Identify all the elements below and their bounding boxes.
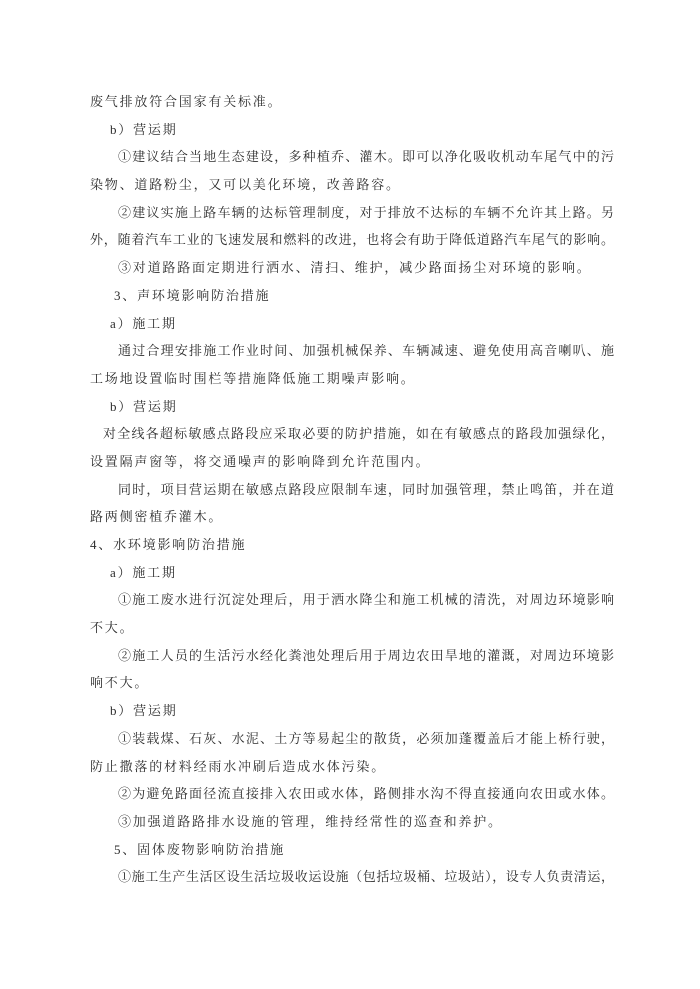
text-line-17: 4、水环境影响防治措施 — [90, 531, 614, 559]
text-line-27: ③加强道路路排水设施的管理，维持经常性的巡查和养护。 — [118, 808, 614, 836]
text-line-12: b）营运期 — [110, 393, 614, 421]
text-line-2: b）营运期 — [110, 116, 614, 144]
text-line-13: 对全线各超标敏感点路段应采取必要的防护措施，如在有敏感点的路段加强绿化， — [103, 420, 614, 448]
text-line-18: a）施工期 — [110, 559, 614, 587]
page-body: 废气排放符合国家有关标准。b）营运期①建议结合当地生态建设，多种植乔、灌木。即可… — [90, 88, 614, 891]
text-line-22: 响不大。 — [90, 669, 614, 697]
text-line-25: 防止撒落的材料经雨水冲刷后造成水体污染。 — [90, 753, 614, 781]
text-line-10: 通过合理安排施工作业时间、加强机械保养、车辆减速、避免使用高音喇叭、施 — [118, 337, 614, 365]
text-line-16: 路两侧密植乔灌木。 — [90, 503, 614, 531]
text-line-28: 5、固体废物影响防治措施 — [114, 836, 614, 864]
text-line-23: b）营运期 — [110, 697, 614, 725]
text-line-1: 废气排放符合国家有关标准。 — [90, 88, 614, 116]
text-line-7: ③对道路路面定期进行洒水、清扫、维护，减少路面扬尘对环境的影响。 — [118, 254, 614, 282]
text-line-11: 工场地设置临时围栏等措施降低施工期噪声影响。 — [90, 365, 614, 393]
text-line-8: 3、声环境影响防治措施 — [114, 282, 614, 310]
text-line-29: ①施工生产生活区设生活垃圾收运设施（包括垃圾桶、垃圾站），设专人负责清运， — [118, 863, 614, 891]
document-page: 废气排放符合国家有关标准。b）营运期①建议结合当地生态建设，多种植乔、灌木。即可… — [0, 0, 700, 989]
text-line-4: 染物、道路粉尘，又可以美化环境，改善路容。 — [90, 171, 614, 199]
text-line-24: ①装载煤、石灰、水泥、土方等易起尘的散货，必须加蓬覆盖后才能上桥行驶， — [118, 725, 614, 753]
text-line-9: a）施工期 — [110, 310, 614, 338]
text-line-14: 设置隔声窗等，将交通噪声的影响降到允许范围内。 — [90, 448, 614, 476]
text-line-26: ②为避免路面径流直接排入农田或水体，路侧排水沟不得直接通向农田或水体。 — [118, 780, 614, 808]
text-line-5: ②建议实施上路车辆的达标管理制度，对于排放不达标的车辆不允许其上路。另 — [118, 199, 614, 227]
text-line-21: ②施工人员的生活污水经化粪池处理后用于周边农田旱地的灌溉，对周边环境影 — [118, 642, 614, 670]
text-line-20: 不大。 — [90, 614, 614, 642]
text-line-15: 同时，项目营运期在敏感点路段应限制车速，同时加强管理，禁止鸣笛，并在道 — [118, 476, 614, 504]
text-line-6: 外，随着汽车工业的飞速发展和燃料的改进，也将会有助于降低道路汽车尾气的影响。 — [90, 226, 614, 254]
text-line-3: ①建议结合当地生态建设，多种植乔、灌木。即可以净化吸收机动车尾气中的污 — [118, 143, 614, 171]
text-line-19: ①施工废水进行沉淀处理后，用于洒水降尘和施工机械的清洗，对周边环境影响 — [118, 586, 614, 614]
